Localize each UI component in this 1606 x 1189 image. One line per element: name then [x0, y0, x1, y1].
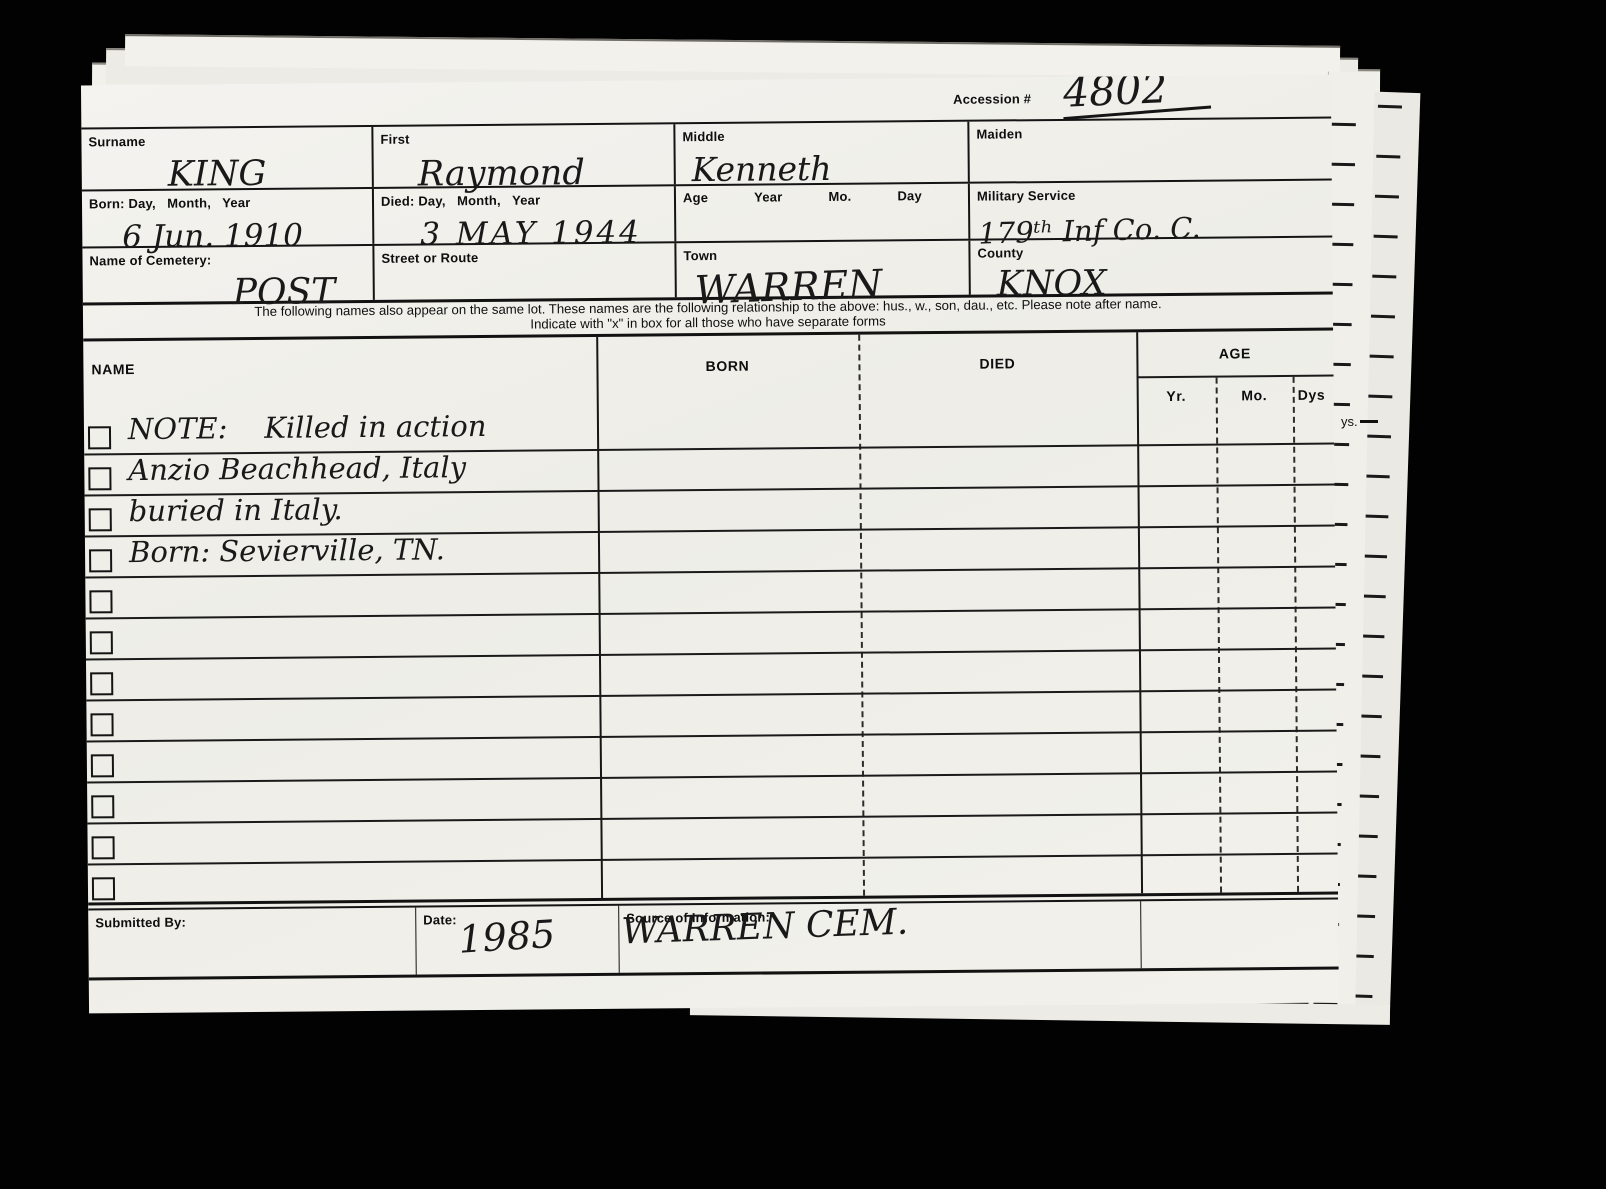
- source-cell: Source of Information: WARREN CEM.: [619, 901, 1142, 973]
- middle-name-label: Middle: [682, 129, 725, 144]
- town-cell: Town WARREN: [676, 241, 970, 298]
- column-divider-born-died: [858, 335, 865, 896]
- age-cell: Age Year Mo. Day: [676, 184, 970, 242]
- table-header-mo: Mo.: [1216, 387, 1293, 404]
- row-checkbox: [88, 426, 111, 449]
- table-row-line: [87, 812, 1337, 825]
- table-header-yr: Yr.: [1137, 388, 1216, 405]
- underlying-card-partial-label: ys.: [1341, 414, 1378, 429]
- row-checkbox: [89, 549, 112, 572]
- street-route-label: Street or Route: [381, 250, 478, 266]
- maiden-name-cell: Maiden: [969, 119, 1332, 182]
- died-date-cell: Died: Day, Month, Year 3 MAY 1944: [374, 186, 676, 244]
- born-date-cell: Born: Day, Month, Year 6 Jun. 1910: [82, 189, 374, 247]
- row-checkbox: [92, 877, 115, 900]
- table-row-line: [87, 771, 1337, 784]
- table-row-line: [86, 607, 1336, 620]
- date-label: Date:: [423, 912, 457, 927]
- column-divider-name-born: [596, 337, 603, 898]
- table-header-name: NAME: [91, 361, 135, 377]
- row-name-handwritten: NOTE: Killed in action: [128, 409, 487, 446]
- military-service-cell: Military Service 179ᵗʰ Inf Co. C.: [970, 181, 1332, 239]
- row-checkbox: [89, 590, 112, 613]
- age-header-underline: [1137, 375, 1334, 379]
- born-date-label: Born: Day, Month, Year: [89, 195, 251, 211]
- first-name-label: First: [380, 132, 409, 147]
- age-month-label: Mo.: [828, 189, 851, 204]
- column-divider-mo-dys: [1293, 377, 1299, 892]
- county-cell: County KNOX: [970, 238, 1332, 295]
- ruled-line-fragment: [1360, 420, 1378, 423]
- row-name-handwritten: Born: Sevierville, TN.: [129, 532, 445, 569]
- accession-label: Accession #: [953, 91, 1031, 107]
- submitted-by-label: Submitted By:: [95, 915, 186, 931]
- submitted-by-cell: Submitted By:: [88, 908, 417, 978]
- table-row-line: [87, 730, 1337, 743]
- row-checkbox: [92, 836, 115, 859]
- maiden-name-label: Maiden: [976, 126, 1022, 141]
- table-header-dys: Dys: [1298, 387, 1326, 403]
- row-name-handwritten: buried in Italy.: [129, 492, 343, 528]
- source-value-handwritten: WARREN CEM.: [621, 902, 909, 953]
- partial-dys-label: ys.: [1341, 414, 1358, 429]
- first-name-cell: First Raymond: [373, 124, 676, 187]
- age-day-label: Day: [897, 188, 922, 203]
- military-service-label: Military Service: [977, 188, 1076, 204]
- table-row-line: [86, 689, 1336, 702]
- middle-name-value-handwritten: Kenneth: [692, 149, 832, 189]
- submission-footer-row: Submitted By: Date: 1985 Source of Infor…: [88, 898, 1339, 981]
- age-label: Age: [683, 190, 708, 205]
- cemetery-record-card: Accession # 4802 Surname KING First Raym…: [81, 75, 1339, 1014]
- row-checkbox: [91, 795, 114, 818]
- county-label: County: [977, 245, 1023, 260]
- table-row-line: [86, 648, 1336, 661]
- scanned-cemetery-card-scene: ys. Accession # 4802 Surname KING First …: [0, 0, 1606, 1189]
- surname-value-handwritten: KING: [168, 154, 267, 195]
- row-checkbox: [90, 672, 113, 695]
- row-name-handwritten: Anzio Beachhead, Italy: [128, 450, 466, 487]
- cemetery-name-label: Name of Cemetery:: [89, 252, 211, 268]
- table-row-line: [88, 853, 1338, 866]
- town-label: Town: [683, 248, 717, 263]
- table-header-born: BORN: [596, 357, 858, 375]
- name-fields-row: Surname KING First Raymond Middle Kennet…: [81, 119, 1331, 192]
- row-checkbox: [89, 508, 112, 531]
- row-checkbox: [90, 631, 113, 654]
- surname-cell: Surname KING: [81, 127, 374, 190]
- died-date-label: Died: Day, Month, Year: [381, 192, 540, 208]
- row-checkbox: [90, 713, 113, 736]
- age-label-group: Age Year Mo. Day: [683, 188, 968, 205]
- additional-names-table: NAME BORN DIED AGE Yr. Mo. Dys NOTE: Kil…: [83, 331, 1338, 906]
- column-divider-yr-mo: [1216, 378, 1222, 893]
- table-header-age: AGE: [1136, 345, 1333, 363]
- table-header-died: DIED: [858, 354, 1136, 372]
- date-value-handwritten: 1985: [457, 912, 556, 962]
- row-checkbox: [91, 754, 114, 777]
- age-year-label: Year: [754, 189, 782, 204]
- cemetery-name-cell: Name of Cemetery: POST: [82, 246, 374, 303]
- row-checkbox: [88, 467, 111, 490]
- column-divider-died-age: [1136, 332, 1143, 893]
- date-cell: Date: 1985: [416, 906, 620, 975]
- footer-empty-cell: [1141, 900, 1339, 969]
- street-route-cell: Street or Route: [374, 243, 676, 300]
- middle-name-cell: Middle Kenneth: [675, 122, 970, 185]
- surname-label: Surname: [88, 134, 145, 149]
